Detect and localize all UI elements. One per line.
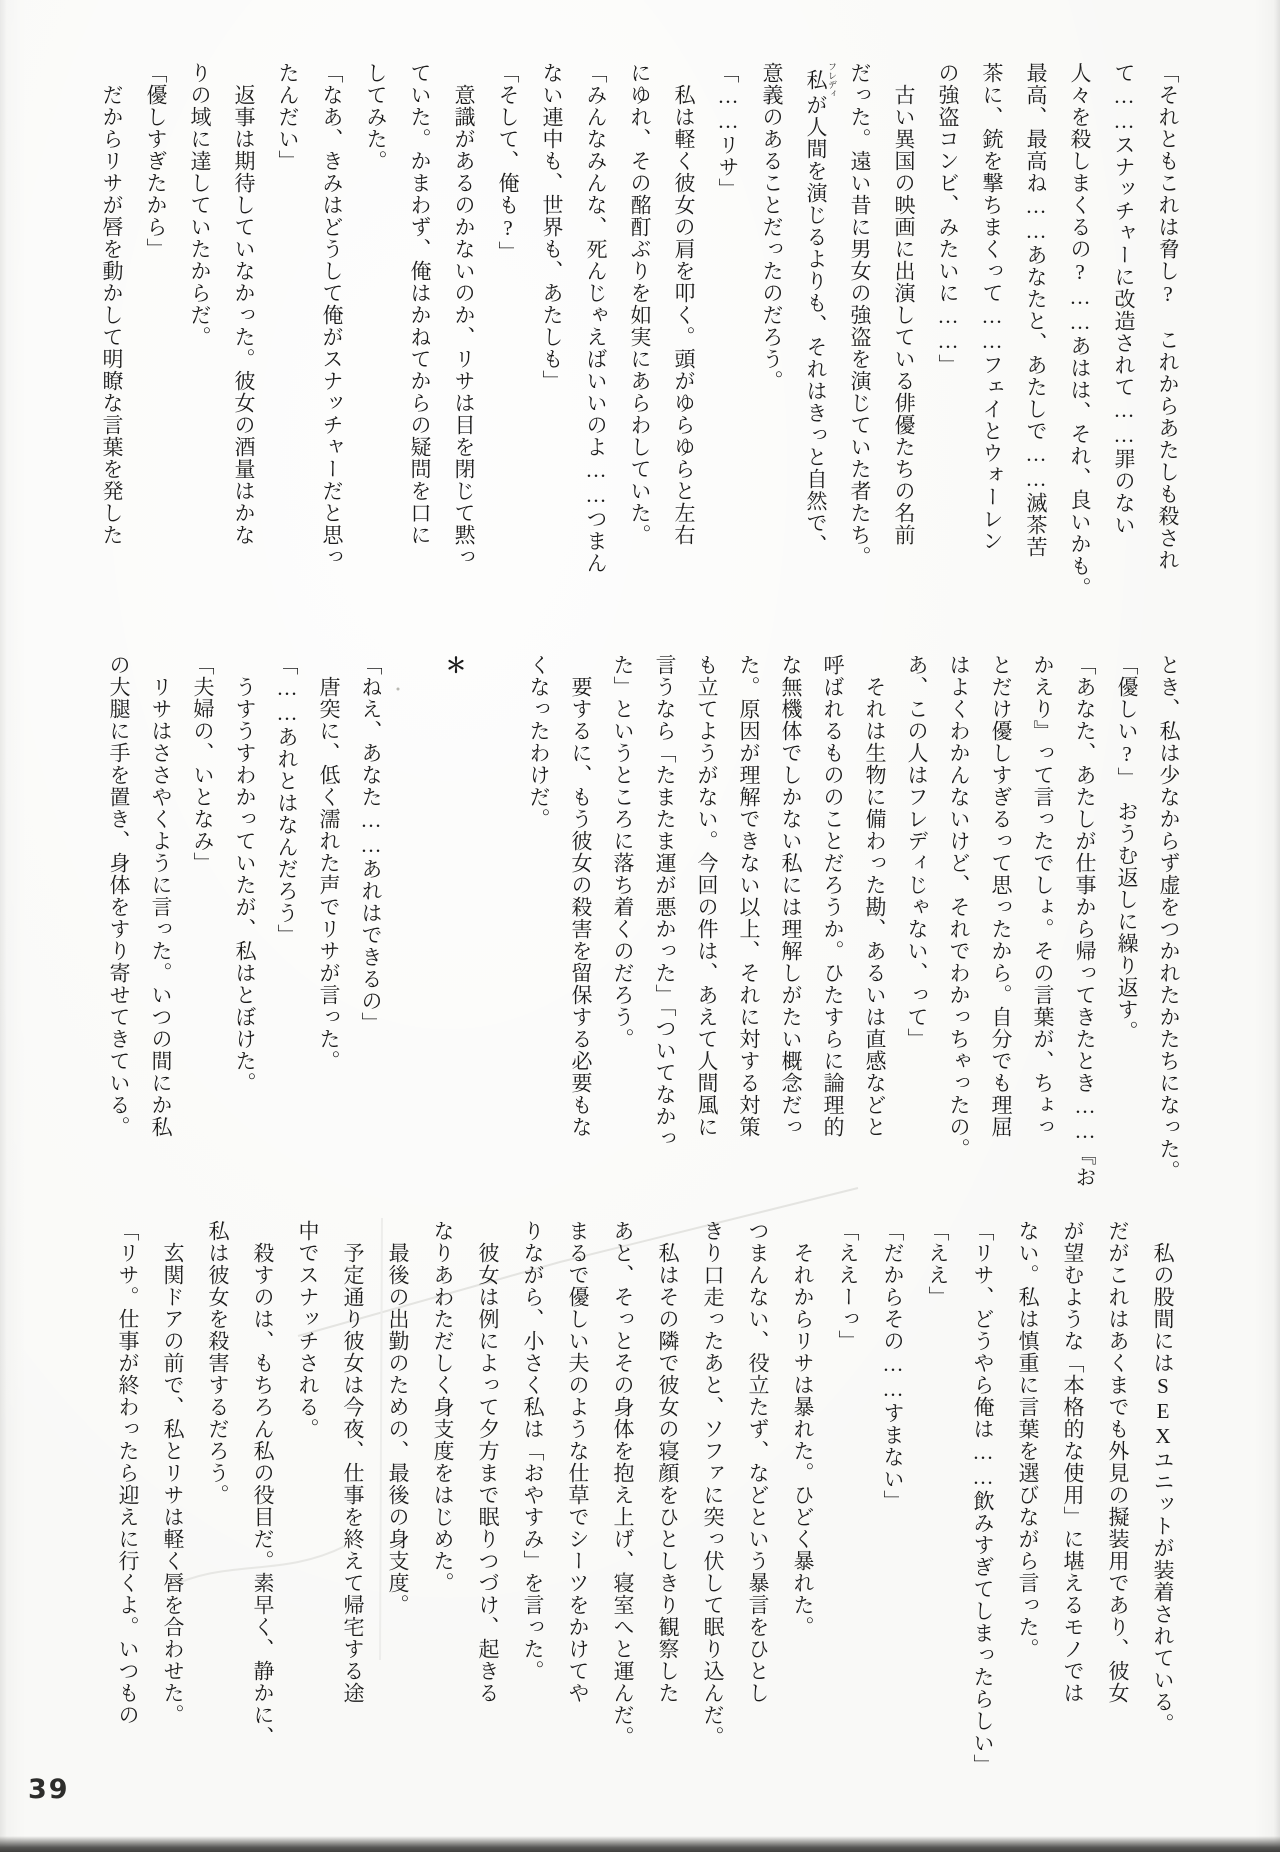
text-line: たんだい」 bbox=[266, 62, 310, 626]
text-line: かえり』って言ったでしょ。その言葉が、ちょっ bbox=[1022, 654, 1064, 1218]
text-line: 私の股間にはSEXユニットが装着されている。 bbox=[1140, 1220, 1185, 1784]
text-line: 「リサ。仕事が終わったら迎えに行くよ。いつもの bbox=[105, 1220, 150, 1784]
text-line: 「優しい?」 おうむ返しに繰り返す。 bbox=[1106, 654, 1148, 1218]
text-line: 「それともこれは脅し? これからあたしも殺され bbox=[1146, 62, 1190, 626]
text-line: あ、この人はフレディじゃない、って」 bbox=[896, 654, 938, 1218]
text-line: の強盗コンビ、みたいに……」 bbox=[926, 62, 970, 626]
text-line: 「あなた、あたしが仕事から帰ってきたとき……『お bbox=[1064, 654, 1106, 1218]
bottom-scan-edge bbox=[0, 1836, 1280, 1852]
text-line: 意義のあることだったのだろう。 bbox=[750, 62, 794, 626]
text-line: 最高、最高ね……あなたと、あたしで……滅茶苦 bbox=[1014, 62, 1058, 626]
left-page-edge bbox=[0, 0, 7, 1852]
text-line: だからリサが唇を動かして明瞭な言葉を発した bbox=[90, 62, 134, 626]
text-line: 返事は期待していなかった。彼女の酒量はかな bbox=[222, 62, 266, 626]
text-line: 私は彼女を殺害するだろう。 bbox=[195, 1220, 240, 1784]
text-line: うすうすわかっていたが、私はとぼけた。 bbox=[224, 654, 266, 1218]
text-line: きり口走ったあと、ソファに突っ伏して眠り込んだ。 bbox=[690, 1220, 735, 1784]
text-line: も立てようがない。今回の件は、あえて人間風に bbox=[686, 654, 728, 1218]
text-line: 最後の出勤のための、最後の身支度。 bbox=[375, 1220, 420, 1784]
page-number: 39 bbox=[28, 1774, 70, 1805]
text-line: 「そして、俺も?」 bbox=[486, 62, 530, 626]
text-line: リサはささやくように言った。いつの間にか私 bbox=[140, 654, 182, 1218]
text-line: て……スナッチャーに改造されて……罪のない bbox=[1102, 62, 1146, 626]
text-line: だがこれはあくまでも外見の擬装用であり、彼女 bbox=[1095, 1220, 1140, 1784]
text-line: 意識があるのかないのか、リサは目を閉じて黙っ bbox=[442, 62, 486, 626]
text-line: してみた。 bbox=[354, 62, 398, 626]
right-page-edge bbox=[1274, 0, 1280, 1852]
text-line: 「みんなみんな、死んじゃえばいいのよ……つまん bbox=[574, 62, 618, 626]
text-line: な無機体でしかない私には理解しがたい概念だっ bbox=[770, 654, 812, 1218]
text-line: それは生物に備わった勘、あるいは直感などと bbox=[854, 654, 896, 1218]
section-divider-asterisk: ＊ bbox=[434, 654, 476, 1218]
text-line: 「ええ」 bbox=[915, 1220, 960, 1784]
text-line: つまんない、役立たず、などという暴言をひとし bbox=[735, 1220, 780, 1784]
text-line: の大腿に手を置き、身体をすり寄せてきている。 bbox=[98, 654, 140, 1218]
text-line: 予定通り彼女は今夜、仕事を終えて帰宅する途 bbox=[330, 1220, 375, 1784]
text-line: 唐突に、低く濡れた声でリサが言った。 bbox=[308, 654, 350, 1218]
text-line: 中でスナッチされる。 bbox=[285, 1220, 330, 1784]
text-line: ていた。かまわず、俺はかねてからの疑問を口に bbox=[398, 62, 442, 626]
text-line: 私フレディが人間を演じるよりも、それはきっと自然で、 bbox=[794, 62, 838, 626]
text-band-top: 「それともこれは脅し? これからあたしも殺されて……スナッチャーに改造されて……… bbox=[90, 62, 1190, 626]
blank-line bbox=[392, 654, 434, 1218]
text-line: だった。遠い昔に男女の強盗を演じていた者たち。 bbox=[838, 62, 882, 626]
text-line: 茶に、銃を撃ちまくって……フェイとウォーレン bbox=[970, 62, 1014, 626]
text-line: 「夫婦の、いとなみ」 bbox=[182, 654, 224, 1218]
text-line: ない。私は慎重に言葉を選びながら言った。 bbox=[1005, 1220, 1050, 1784]
text-band-middle: とき、私は少なからず虚をつかれたかたちになった。「優しい?」 おうむ返しに繰り返… bbox=[98, 654, 1190, 1218]
text-line: ない連中も、世界も、あたしも」 bbox=[530, 62, 574, 626]
text-line: 「ねえ、あなた……あれはできるの」 bbox=[350, 654, 392, 1218]
text-line: 言うなら「たまたま運が悪かった」「ついてなかっ bbox=[644, 654, 686, 1218]
text-line: 「なあ、きみはどうして俺がスナッチャーだと思っ bbox=[310, 62, 354, 626]
blank-line bbox=[476, 654, 518, 1218]
text-line: が望むような「本格的な使用」に堪えるモノでは bbox=[1050, 1220, 1095, 1784]
text-line: 「……あれとはなんだろう」 bbox=[266, 654, 308, 1218]
text-line: 殺すのは、もちろん私の役目だ。素早く、静かに、 bbox=[240, 1220, 285, 1784]
text-line: 要するに、もう彼女の殺害を留保する必要もな bbox=[560, 654, 602, 1218]
text-line: 「優しすぎたから」 bbox=[134, 62, 178, 626]
text-line: それからリサは暴れた。ひどく暴れた。 bbox=[780, 1220, 825, 1784]
text-line: 呼ばれるもののことだろうか。ひたすらに論理的 bbox=[812, 654, 854, 1218]
text-line: 「……リサ」 bbox=[706, 62, 750, 626]
text-band-bottom: 私の股間にはSEXユニットが装着されている。だがこれはあくまでも外見の擬装用であ… bbox=[100, 1220, 1185, 1784]
text-line: 玄関ドアの前で、私とリサは軽く唇を合わせた。 bbox=[150, 1220, 195, 1784]
text-line: 彼女は例によって夕方まで眠りつづけ、起きる bbox=[465, 1220, 510, 1784]
text-line: あと、そっとその身体を抱え上げ、寝室へと運んだ。 bbox=[600, 1220, 645, 1784]
text-line: 「リサ、どうやら俺は……飲みすぎてしまったらしい」 bbox=[960, 1220, 1005, 1784]
text-line: くなったわけだ。 bbox=[518, 654, 560, 1218]
text-line: 「だからその……すまない」 bbox=[870, 1220, 915, 1784]
text-line: りの域に達していたからだ。 bbox=[178, 62, 222, 626]
text-line: 「ええーっ」 bbox=[825, 1220, 870, 1784]
text-line: りながら、小さく私は「おやすみ」を言った。 bbox=[510, 1220, 555, 1784]
text-line: とき、私は少なからず虚をつかれたかたちになった。 bbox=[1148, 654, 1190, 1218]
text-line: 私は軽く彼女の肩を叩く。頭がゆらゆらと左右 bbox=[662, 62, 706, 626]
text-line: とだけ優しすぎるって思ったから。自分でも理屈 bbox=[980, 654, 1022, 1218]
text-line: た。原因が理解できない以上、それに対する対策 bbox=[728, 654, 770, 1218]
text-line: にゆれ、その酩酊ぶりを如実にあらわしていた。 bbox=[618, 62, 662, 626]
text-line: 古い異国の映画に出演している俳優たちの名前 bbox=[882, 62, 926, 626]
text-line: はよくわかんないけど、それでわかっちゃったの。 bbox=[938, 654, 980, 1218]
text-line: 人々を殺しまくるの?……あはは、それ、良いかも。 bbox=[1058, 62, 1102, 626]
text-line: まるで優しい夫のような仕草でシーツをかけてや bbox=[555, 1220, 600, 1784]
text-line: た」というところに落ち着くのだろう。 bbox=[602, 654, 644, 1218]
text-line: なりあわただしく身支度をはじめた。 bbox=[420, 1220, 465, 1784]
text-line: 私はその隣で彼女の寝顔をひとしきり観察した bbox=[645, 1220, 690, 1784]
scanned-page: 「それともこれは脅し? これからあたしも殺されて……スナッチャーに改造されて……… bbox=[0, 0, 1280, 1852]
